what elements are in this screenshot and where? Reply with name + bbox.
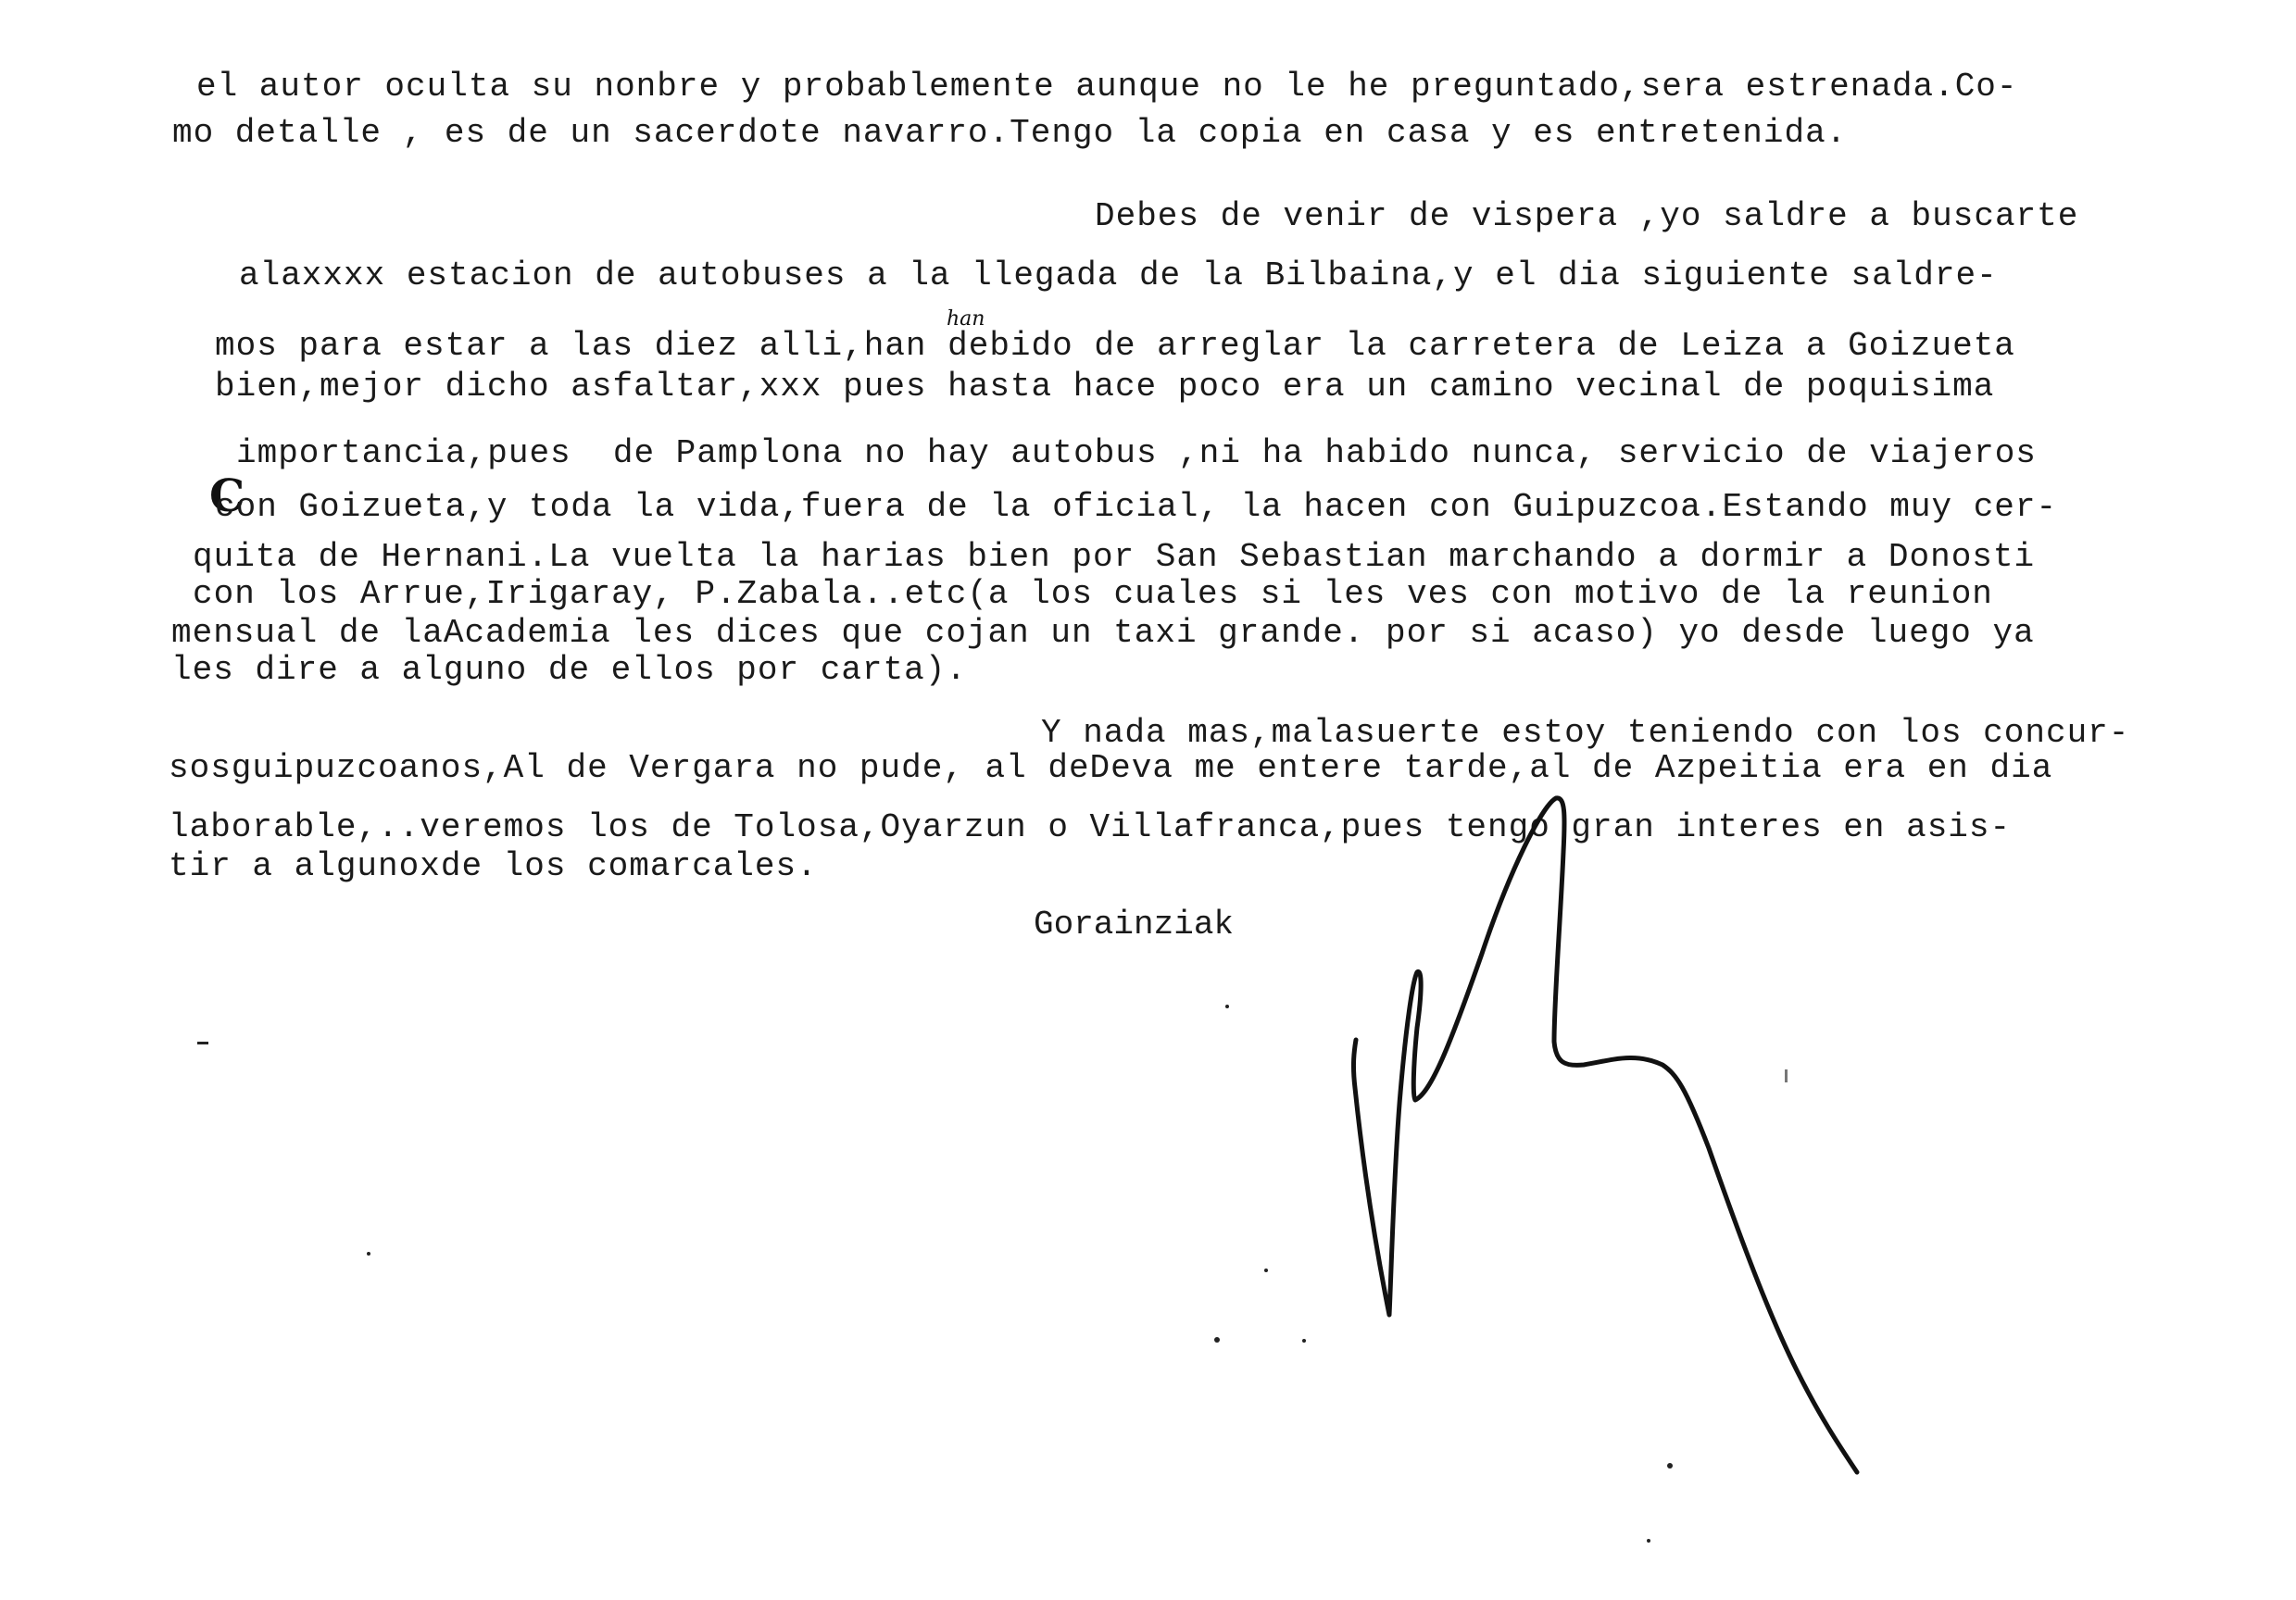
ink-speck (1225, 1005, 1229, 1008)
ink-speck (197, 1042, 208, 1044)
text-line-7: importancia,pues de Pamplona no hay auto… (236, 433, 2037, 474)
text-line-8: con Goizueta,y toda la vida,fuera de la … (215, 487, 2057, 528)
letter-page: el autor oculta su nonbre y probablement… (0, 0, 2296, 1600)
ink-speck (367, 1252, 370, 1256)
text-line-3: Debes de venir de vispera ,yo saldre a b… (1095, 196, 2078, 237)
text-line-15: laborable,..veremos los de Tolosa,Oyarzu… (169, 807, 2011, 848)
text-line-2: mo detalle , es de un sacerdote navarro.… (172, 113, 1847, 154)
ink-speck (1667, 1463, 1673, 1469)
ink-speck (1264, 1269, 1268, 1272)
text-line-12: les dire a alguno de ellos por carta). (171, 650, 967, 691)
closing-greeting: Gorainziak (1034, 906, 1234, 944)
text-line-10: con los Arrue,Irigaray, P.Zabala..etc(a … (193, 574, 1993, 615)
text-line-5: mos para estar a las diez alli,han debid… (215, 326, 2015, 367)
text-line-16: tir a algunoxde los comarcales. (169, 846, 818, 887)
text-line-6: bien,mejor dicho asfaltar,xxx pues hasta… (215, 367, 1994, 407)
signature (0, 0, 2296, 1600)
text-line-4: alaxxxx estacion de autobuses a la llega… (239, 256, 1998, 296)
ink-speck (1302, 1339, 1306, 1343)
text-line-11: mensual de laAcademia les dices que coja… (171, 613, 2035, 654)
ink-speck (1647, 1539, 1650, 1543)
ink-speck (1785, 1069, 1788, 1082)
text-line-14: sosguipuzcoanos,Al de Vergara no pude, a… (169, 748, 2052, 789)
text-line-9: quita de Hernani.La vuelta la harias bie… (193, 537, 2035, 578)
text-line-1: el autor oculta su nonbre y probablement… (196, 67, 2018, 107)
ink-speck (1214, 1337, 1220, 1343)
